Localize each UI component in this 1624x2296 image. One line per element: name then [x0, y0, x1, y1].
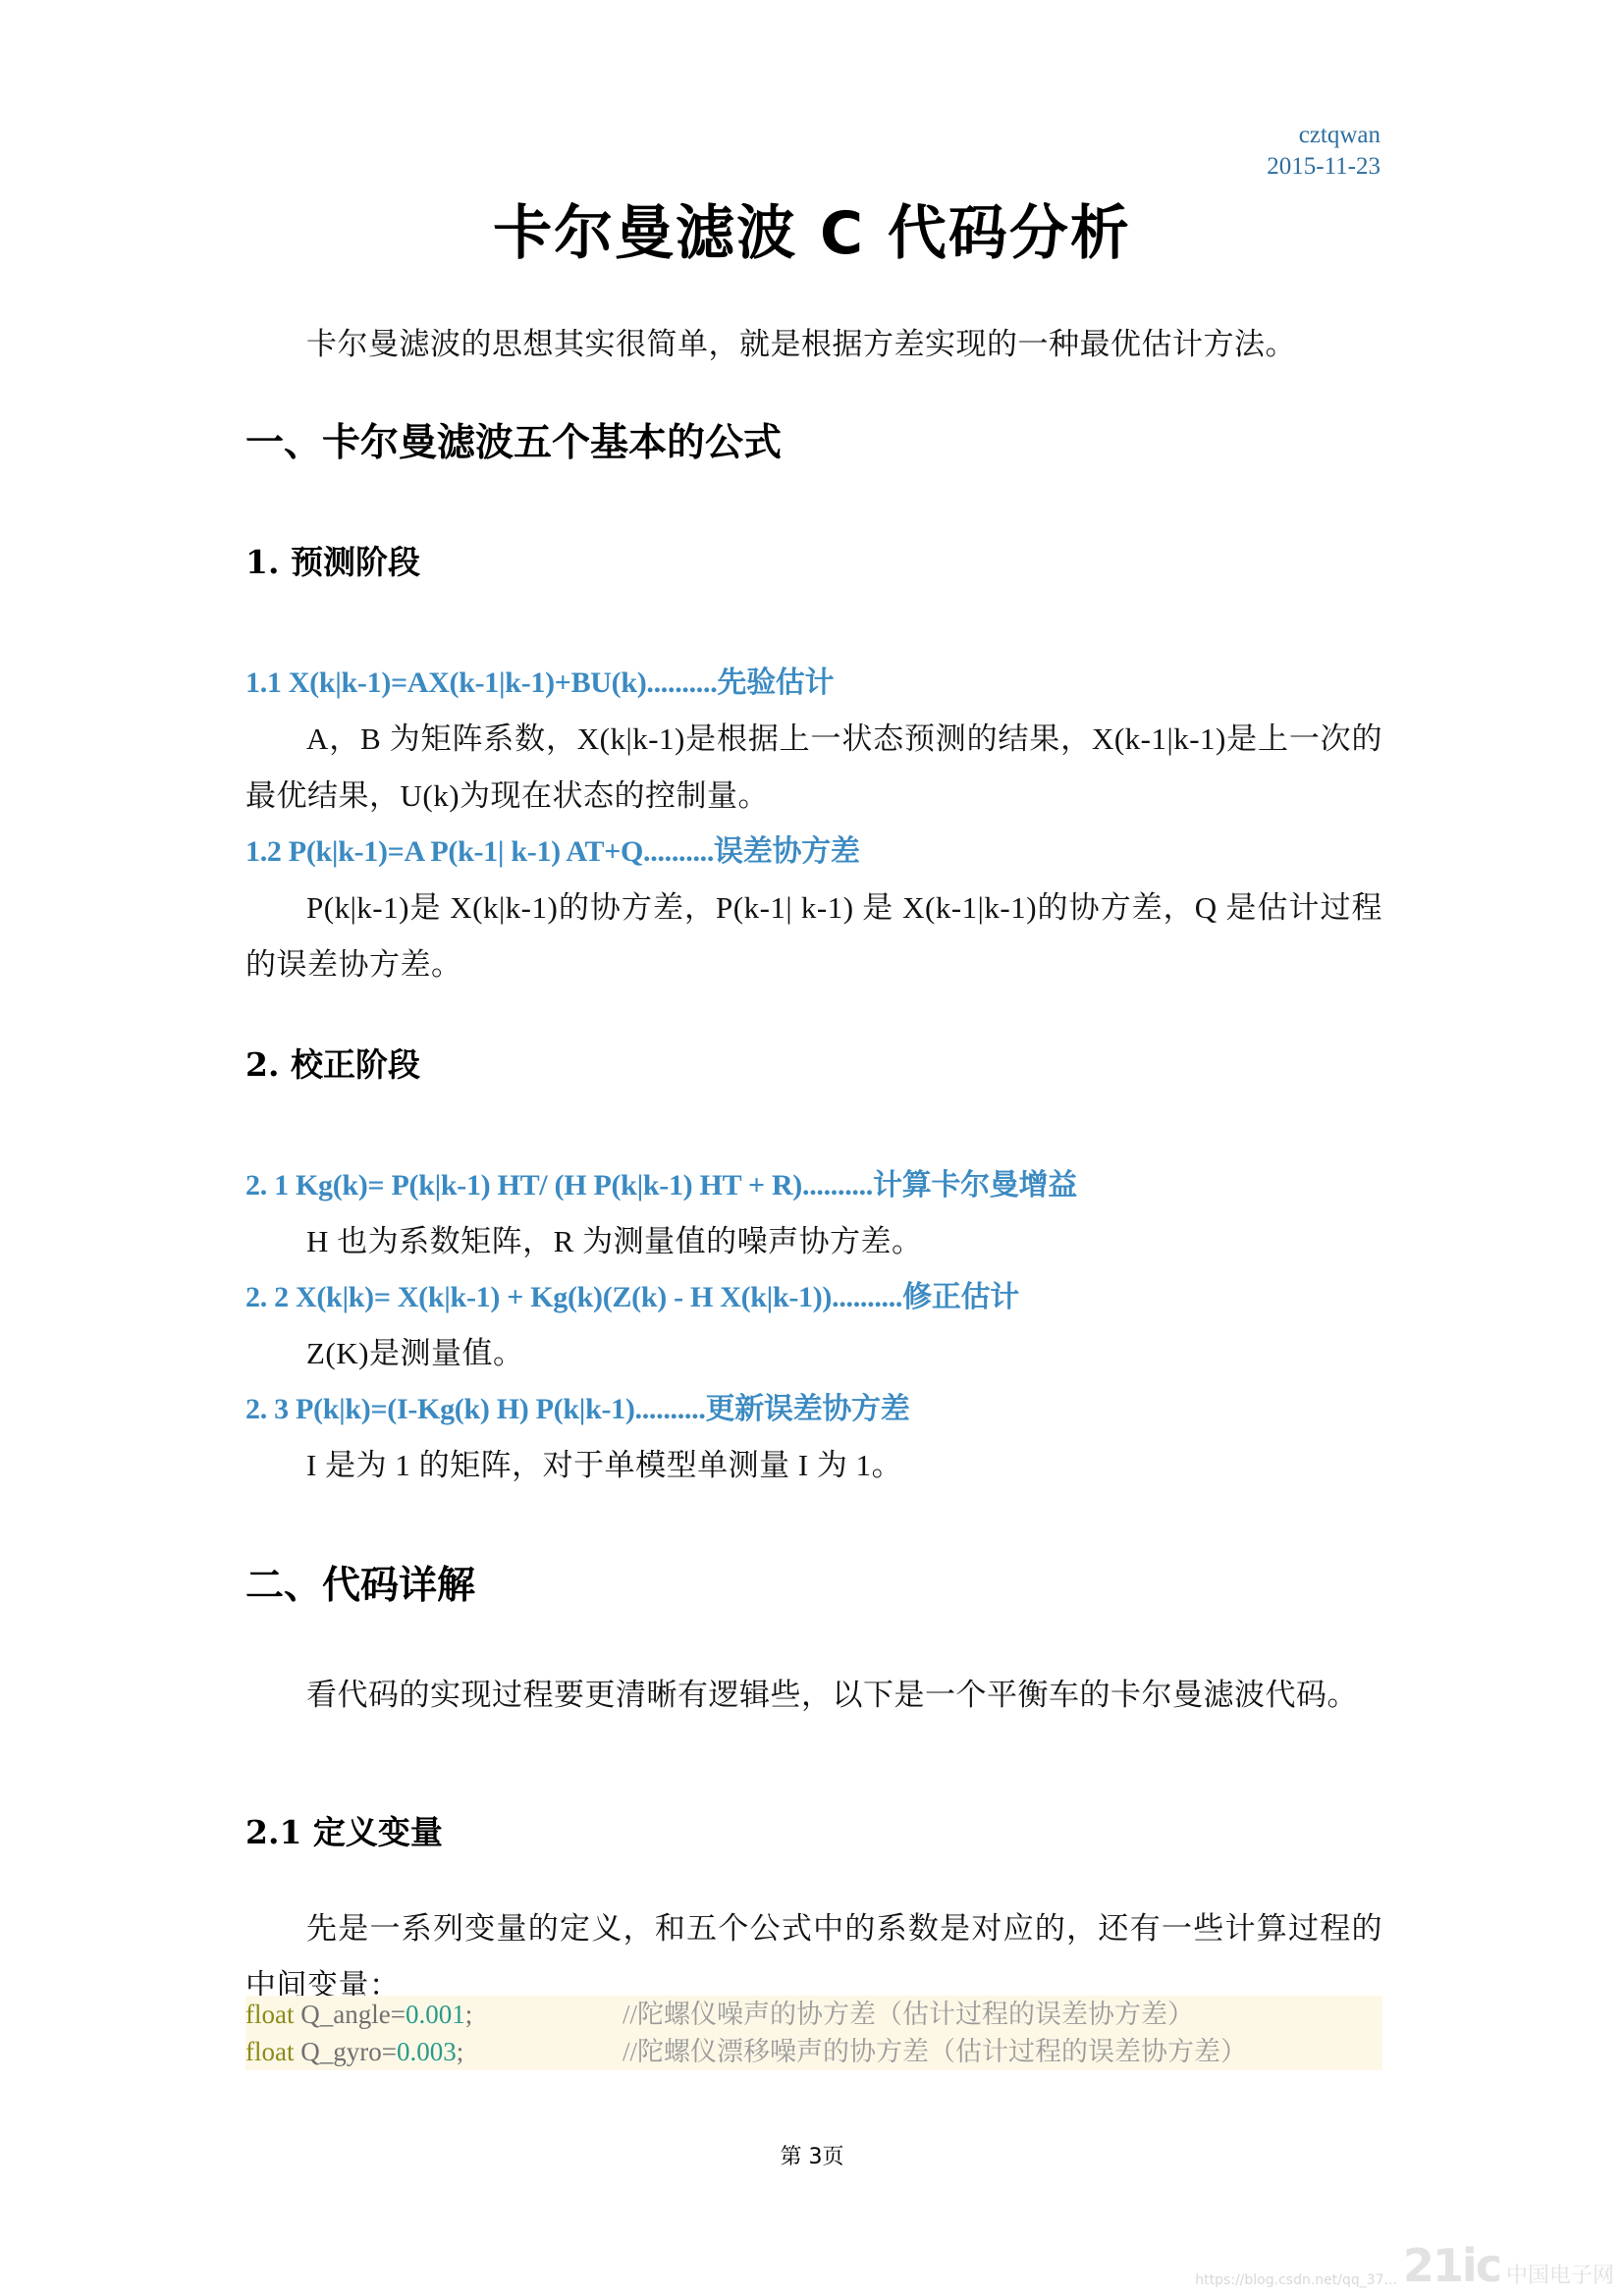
stage2-heading: 2. 校正阶段 [245, 1041, 1382, 1090]
formula-1-2: 1.2 P(k|k-1)=A P(k-1| k-1) AT+Q.........… [245, 825, 1382, 880]
code-block: float Q_angle=0.001;//陀螺仪噪声的协方差（估计过程的误差协… [245, 1996, 1382, 2070]
watermark-cn: 中国电子网 [1506, 2265, 1614, 2288]
section2-heading-block: 二、代码详解 [245, 1559, 1382, 1614]
stage1-heading-block: 1. 预测阶段 [245, 538, 1382, 587]
watermark: https://blog.csdn.net/qq_37... 21ic 中国电子… [1195, 2243, 1614, 2288]
formula-2-3: 2. 3 P(k|k)=(I-Kg(k) H) P(k|k-1)........… [245, 1382, 1382, 1437]
code-comment: //陀螺仪噪声的协方差（估计过程的误差协方差） [623, 1996, 1194, 2033]
code-line: float Q_gyro=0.003;//陀螺仪漂移噪声的协方差（估计过程的误差… [245, 2033, 1382, 2070]
section1-heading: 一、卡尔曼滤波五个基本的公式 [245, 416, 1382, 471]
stage1-items: 1.1 X(k|k-1)=AX(k-1|k-1)+BU(k)..........… [245, 656, 1382, 993]
formula-2-1: 2. 1 Kg(k)= P(k|k-1) HT/ (H P(k|k-1) HT … [245, 1158, 1382, 1213]
code-comment: //陀螺仪漂移噪声的协方差（估计过程的误差协方差） [623, 2033, 1247, 2070]
section2-intro-block: 看代码的实现过程要更清晰有逻辑些，以下是一个平衡车的卡尔曼滤波代码。 [245, 1667, 1382, 1724]
formula-1-2-desc: P(k|k-1)是 X(k|k-1)的协方差，P(k-1| k-1) 是 X(k… [245, 880, 1382, 993]
section1-heading-block: 一、卡尔曼滤波五个基本的公式 [245, 416, 1382, 471]
stage1-heading: 1. 预测阶段 [245, 538, 1382, 587]
code-value: 0.001 [406, 1996, 465, 2033]
document-meta: cztqwan 2015-11-23 [1267, 120, 1380, 183]
formula-2-2-desc: Z(K)是测量值。 [245, 1325, 1382, 1382]
code-semicolon: ; [457, 2033, 464, 2070]
code-line: float Q_angle=0.001;//陀螺仪噪声的协方差（估计过程的误差协… [245, 1996, 1382, 2033]
formula-1-1: 1.1 X(k|k-1)=AX(k-1|k-1)+BU(k)..........… [245, 656, 1382, 711]
date: 2015-11-23 [1267, 151, 1380, 183]
page-title: 卡尔曼滤波 C 代码分析 [0, 194, 1624, 273]
sub1-heading: 2.1 定义变量 [245, 1808, 1382, 1857]
stage2-items: 2. 1 Kg(k)= P(k|k-1) HT/ (H P(k|k-1) HT … [245, 1158, 1382, 1494]
author: cztqwan [1267, 120, 1380, 151]
sub1-heading-block: 2.1 定义变量 [245, 1808, 1382, 1857]
formula-1-1-desc: A，B 为矩阵系数，X(k|k-1)是根据上一状态预测的结果，X(k-1|k-1… [245, 711, 1382, 825]
code-identifier: Q_gyro= [294, 2033, 396, 2070]
code-semicolon: ; [465, 1996, 473, 2033]
formula-2-2: 2. 2 X(k|k)= X(k|k-1) + Kg(k)(Z(k) - H X… [245, 1270, 1382, 1325]
page-number: 第 3页 [0, 2140, 1624, 2170]
stage2-heading-block: 2. 校正阶段 [245, 1041, 1382, 1090]
code-type: float [245, 1996, 294, 2033]
document-page: cztqwan 2015-11-23 卡尔曼滤波 C 代码分析 卡尔曼滤波的思想… [0, 0, 1624, 2296]
code-identifier: Q_angle= [294, 1996, 405, 2033]
intro-block: 卡尔曼滤波的思想其实很简单，就是根据方差实现的一种最优估计方法。 [245, 316, 1382, 373]
formula-2-1-desc: H 也为系数矩阵，R 为测量值的噪声协方差。 [245, 1213, 1382, 1270]
code-listing: float Q_angle=0.001;//陀螺仪噪声的协方差（估计过程的误差协… [245, 1996, 1382, 2070]
section2-intro: 看代码的实现过程要更清晰有逻辑些，以下是一个平衡车的卡尔曼滤波代码。 [245, 1667, 1382, 1724]
code-type: float [245, 2033, 294, 2070]
intro-paragraph: 卡尔曼滤波的思想其实很简单，就是根据方差实现的一种最优估计方法。 [245, 316, 1382, 373]
watermark-logo: 21ic [1403, 2243, 1500, 2288]
formula-2-3-desc: I 是为 1 的矩阵，对于单模型单测量 I 为 1。 [245, 1437, 1382, 1494]
watermark-url: https://blog.csdn.net/qq_37... [1195, 2272, 1397, 2288]
code-value: 0.003 [397, 2033, 457, 2070]
section2-heading: 二、代码详解 [245, 1559, 1382, 1614]
